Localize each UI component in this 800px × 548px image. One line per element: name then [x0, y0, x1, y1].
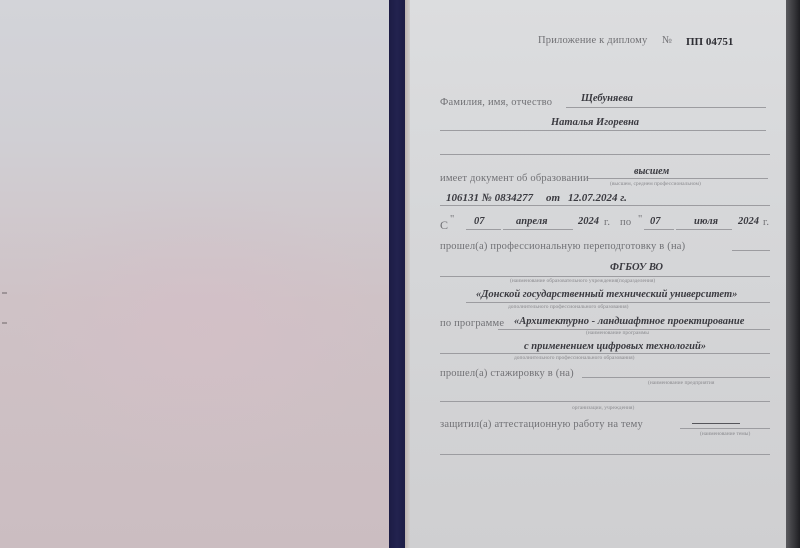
- retraining-org-line: [440, 276, 770, 277]
- period-to-year: 2024: [738, 216, 759, 227]
- year-suffix-2: г.: [763, 217, 769, 228]
- internship-line: [582, 377, 770, 378]
- from-day-line: [466, 229, 501, 230]
- education-label: имеет документ об образовании: [440, 173, 589, 184]
- education-doc-date-prefix: от: [546, 192, 560, 204]
- education-level-value: высшем: [634, 166, 669, 177]
- blank-line: [440, 154, 770, 155]
- education-level-line: [588, 178, 768, 179]
- retraining-org-full: «Донской государственный технический уни…: [476, 289, 737, 300]
- year-suffix: г.: [604, 217, 610, 228]
- retraining-org-hint: (наименование образовательного учреждени…: [510, 278, 655, 284]
- period-from-year: 2024: [578, 216, 599, 227]
- surname-value: Щебуняева: [581, 93, 633, 104]
- internship-label: прошел(а) стажировку в (на): [440, 368, 574, 379]
- full-name-line-2: [440, 130, 766, 131]
- internship-hint: (наименование предприятия: [648, 380, 714, 386]
- retraining-label: прошел(а) профессиональную переподготовк…: [440, 241, 685, 252]
- retraining-org-short: ФГБОУ ВО: [610, 262, 663, 273]
- left-page-blank: [0, 0, 392, 548]
- education-doc-date: 12.07.2024 г.: [568, 192, 627, 204]
- program-name-line1: «Архитектурно - ландшафтное проектирован…: [514, 316, 744, 327]
- internship-line-2: [440, 401, 770, 402]
- period-to-month: июля: [694, 216, 718, 227]
- education-level-hint: (высшем, среднем профессиональном): [610, 181, 701, 187]
- education-doc-number: 106131 № 0834277: [446, 192, 533, 204]
- education-doc-line: [440, 205, 770, 206]
- diploma-supplement-page: Приложение к диплому № ПП 04751 Фамилия,…: [410, 0, 786, 548]
- supplement-number: ПП 04751: [686, 36, 733, 48]
- background-edge: [786, 0, 800, 548]
- retraining-org-hint-2: дополнительного профессионального образо…: [508, 304, 628, 310]
- retraining-org-line-2: [466, 302, 770, 303]
- period-from-day: 07: [474, 216, 485, 227]
- program-label: по программе: [440, 318, 504, 329]
- full-name-label: Фамилия, имя, отчество: [440, 97, 552, 108]
- retraining-line: [732, 250, 770, 251]
- period-from-month: апреля: [516, 216, 548, 227]
- internship-hint-2: организации, учреждения): [572, 405, 634, 411]
- from-month-line: [503, 229, 573, 230]
- thesis-line: [680, 428, 770, 429]
- quote-mark: ": [638, 214, 643, 225]
- name-patronymic-value: Наталья Игоревна: [551, 117, 639, 128]
- supplement-label: Приложение к диплому: [538, 35, 647, 46]
- quote-mark: ": [450, 214, 455, 225]
- paper-speck: [2, 292, 7, 294]
- program-name-line2: с применением цифровых технологий»: [524, 341, 706, 352]
- to-month-line: [676, 229, 732, 230]
- program-line-2: [440, 353, 770, 354]
- full-name-line: [566, 107, 766, 108]
- thesis-hint: (наименование темы): [700, 431, 750, 437]
- program-name-hint-2: дополнительного профессионального образо…: [514, 355, 634, 361]
- thesis-label: защитил(а) аттестационную работу на тему: [440, 419, 643, 430]
- program-name-hint: (наименование программы: [586, 330, 649, 336]
- to-day-line: [644, 229, 674, 230]
- period-to-day: 07: [650, 216, 661, 227]
- period-to-prefix: по: [620, 217, 631, 228]
- paper-speck: [2, 322, 7, 324]
- thesis-line-2: [440, 454, 770, 455]
- period-from-prefix: С: [440, 218, 448, 233]
- thesis-dash: [692, 423, 740, 424]
- number-sign: №: [662, 35, 672, 46]
